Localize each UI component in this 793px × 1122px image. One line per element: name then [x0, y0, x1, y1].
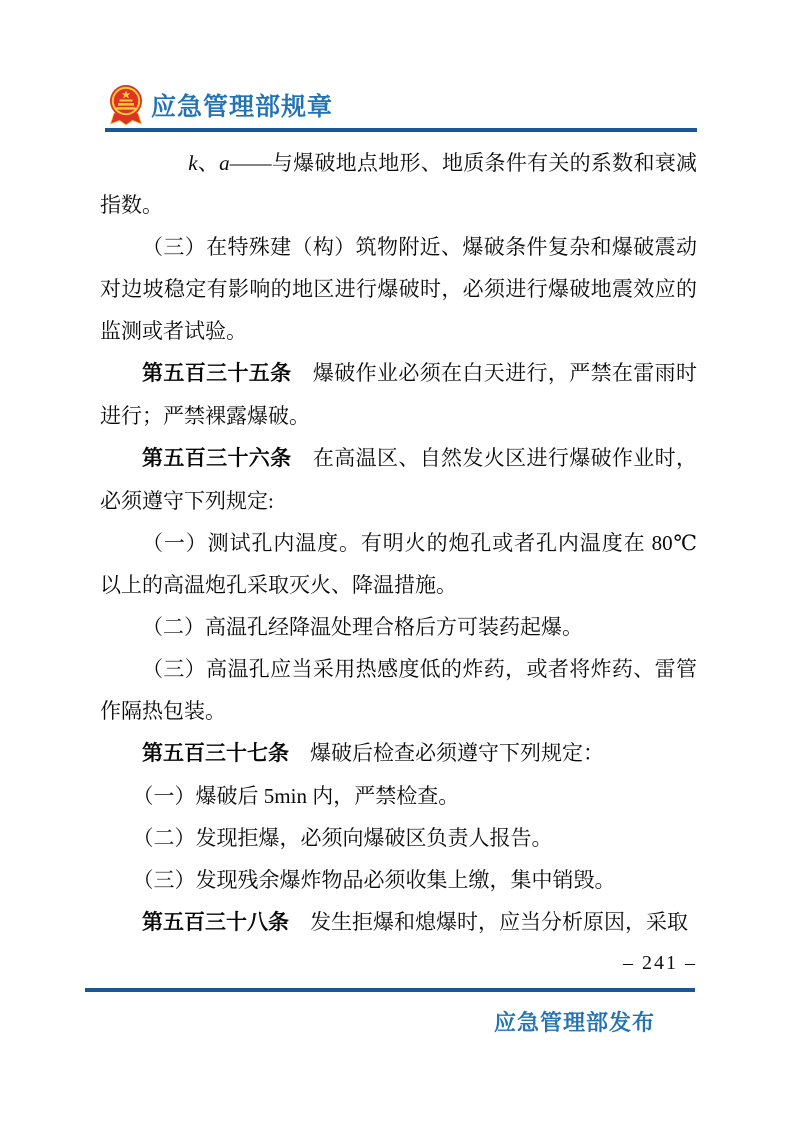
text-segment: （三）发现残余爆炸物品必须收集上缴，集中销毁。 [133, 868, 616, 892]
paragraph-10: （二）发现拒爆，必须向爆破区负责人报告。 [100, 817, 697, 859]
text-segment: 发生拒爆和熄爆时，应当分析原因，采取 [289, 910, 688, 934]
text-segment: （一）爆破后 5min 内，严禁检查。 [133, 784, 460, 808]
paragraph-3: 第五百三十五条 爆破作业必须在白天进行，严禁在雷雨时进行；严禁裸露爆破。 [100, 352, 697, 437]
paragraph-2: （三）在特殊建（构）筑物附近、爆破条件复杂和爆破震动对边坡稳定有影响的地区进行爆… [100, 226, 697, 352]
page-number: – 241 – [623, 952, 697, 975]
header-title: 应急管理部规章 [151, 87, 333, 123]
paragraph-9: （一）爆破后 5min 内，严禁检查。 [100, 775, 697, 817]
footer-rule [85, 988, 695, 992]
paragraph-12: 第五百三十八条 发生拒爆和熄爆时，应当分析原因，采取 [100, 901, 697, 944]
paragraph-8: 第五百三十七条 爆破后检查必须遵守下列规定： [100, 732, 697, 775]
paragraph-7: （三）高温孔应当采用热感度低的炸药，或者将炸药、雷管作隔热包装。 [100, 648, 697, 732]
article-number: 第五百三十六条 [142, 447, 292, 470]
text-segment: （一）测试孔内温度。有明火的炮孔或者孔内温度在 80℃ 以上的高温炮孔采取灭火、… [100, 531, 697, 597]
document-header: 应急管理部规章 [107, 84, 697, 126]
paragraph-11: （三）发现残余爆炸物品必须收集上缴，集中销毁。 [100, 859, 697, 901]
text-segment: （二）发现拒爆，必须向爆破区负责人报告。 [133, 826, 553, 850]
document-page: 应急管理部规章 k、a——与爆破地点地形、地质条件有关的系数和衰减指数。（三）在… [0, 0, 793, 1122]
paragraph-1: k、a——与爆破地点地形、地质条件有关的系数和衰减指数。 [100, 142, 697, 226]
china-national-emblem-icon [107, 84, 145, 126]
article-number: 第五百三十五条 [142, 362, 292, 385]
text-segment: （三）高温孔应当采用热感度低的炸药，或者将炸药、雷管作隔热包装。 [100, 657, 697, 723]
paragraph-4: 第五百三十六条 在高温区、自然发火区进行爆破作业时，必须遵守下列规定: [100, 437, 697, 522]
text-segment: a [219, 151, 230, 175]
article-number: 第五百三十八条 [142, 911, 289, 934]
paragraph-5: （一）测试孔内温度。有明火的炮孔或者孔内温度在 80℃ 以上的高温炮孔采取灭火、… [100, 522, 697, 606]
publisher-label: 应急管理部发布 [494, 1006, 655, 1037]
text-segment: 爆破后检查必须遵守下列规定： [289, 741, 604, 765]
text-segment: （三）在特殊建（构）筑物附近、爆破条件复杂和爆破震动对边坡稳定有影响的地区进行爆… [100, 235, 697, 343]
text-segment: （二）高温孔经降温处理合格后方可装药起爆。 [142, 615, 583, 639]
paragraph-6: （二）高温孔经降温处理合格后方可装药起爆。 [100, 606, 697, 648]
article-number: 第五百三十七条 [142, 742, 289, 765]
document-body: k、a——与爆破地点地形、地质条件有关的系数和衰减指数。（三）在特殊建（构）筑物… [100, 131, 697, 944]
text-segment: 、 [198, 151, 220, 175]
text-segment: k [188, 151, 197, 175]
